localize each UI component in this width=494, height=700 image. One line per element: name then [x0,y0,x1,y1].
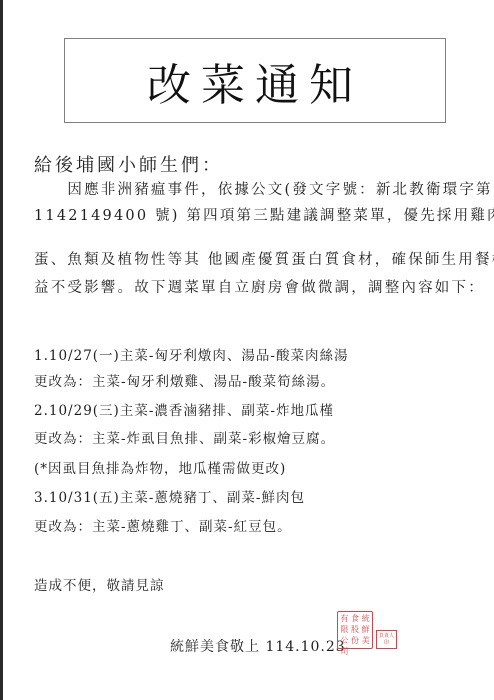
closing-text: 造成不便，敬請見諒 [34,574,165,594]
body-line: 蛋、魚類及植物性等其 他國產優質蛋白質食材，確保師生用餐權 [34,248,494,269]
change-item-2: 2.10/29(三)主菜-濃香滷豬排、副菜-炸地瓜槿 [34,399,334,419]
body-line: 益不受影響。故下週菜單自立廚房會做微調，調整內容如下： [34,276,485,297]
seal-char: 統 [360,613,371,624]
change-item-1-revised: 更改為：主菜-匈牙利燉雞、湯品-酸菜筍絲湯。 [34,370,335,390]
change-item-2-revised: 更改為：主菜-炸虱目魚排、副菜-彩椒燴豆腐。 [34,427,335,447]
seal-char: 份 [350,635,361,657]
page-left-edge [0,0,3,700]
seal-char: 美 [360,635,371,657]
seal-char: 食 [350,613,361,624]
representative-seal: 負責人印 [376,630,397,649]
company-seal: 統 鮮 美 食 股 份 有 限 公司 [337,611,373,649]
seal-char: 股 [350,624,361,635]
change-item-3-revised: 更改為：主菜-蔥燒雞丁、副菜-紅豆包。 [34,515,292,535]
seal-char: 鮮 [360,624,371,635]
page-title: 改菜通知 [147,49,363,113]
seal-char: 限 [339,624,350,635]
signature: 統鮮美食敬上 114.10.23 [170,636,346,656]
change-item-2-note: (*因虱目魚排為炸物，地瓜槿需做更改) [34,457,286,477]
title-box: 改菜通知 [64,38,446,123]
seal-char: 公司 [339,635,350,657]
seal-char: 有 [339,613,350,624]
body-line: 1142149400 號) 第四項第三點建議調整菜單，優先採用雞肉、 [34,204,494,225]
change-item-1: 1.10/27(一)主菜-匈牙利燉肉、湯品-酸菜肉絲湯 [34,344,348,364]
greeting: 給後埔國小師生們： [34,151,223,177]
body-line: 因應非洲豬瘟事件，依據公文(發文字號：新北教衛環字第 [34,178,493,199]
change-item-3: 3.10/31(五)主菜-蔥燒豬丁、副菜-鮮肉包 [34,486,305,506]
